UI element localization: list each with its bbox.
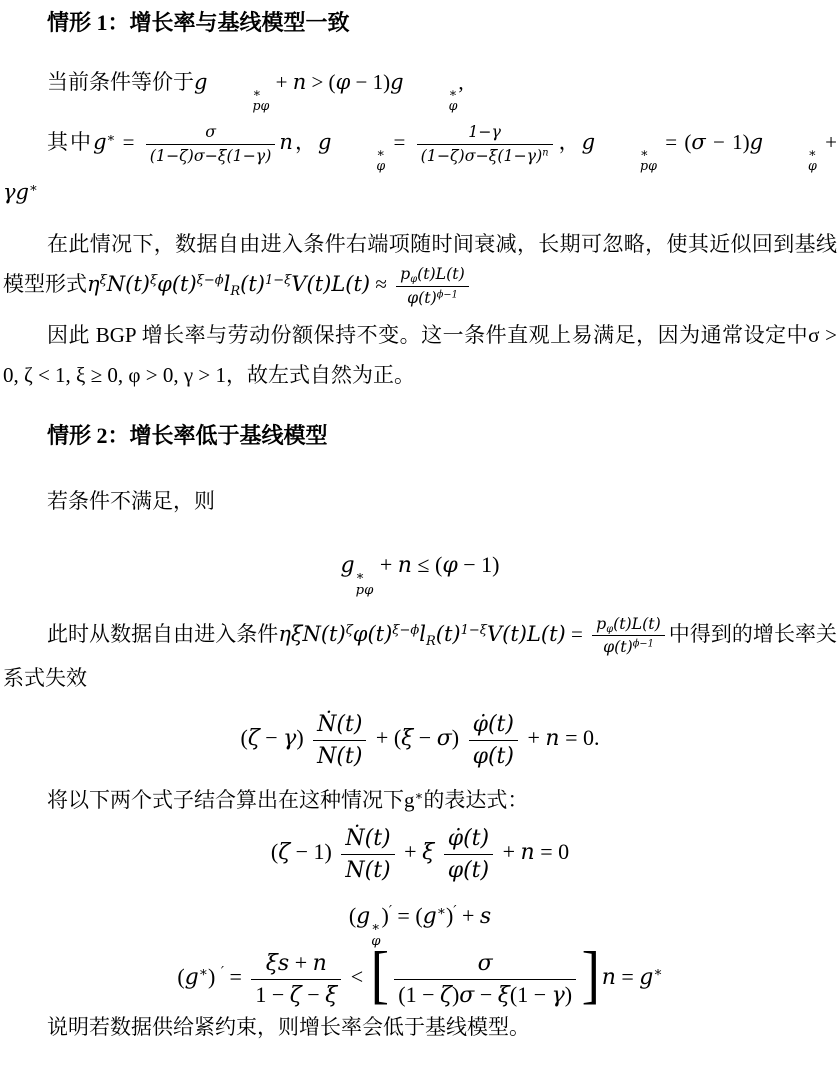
math-run: g — [341, 553, 355, 578]
text-run: = — [386, 130, 412, 154]
math-run: (t)L(t) — [613, 614, 661, 633]
subscript: R — [230, 284, 240, 299]
math-run: p — [596, 614, 606, 633]
heading-case-2: 情形 2：增长率低于基线模型 — [3, 421, 837, 451]
text-run: > ( — [306, 70, 335, 94]
math-run: (1−ζ)σ−ξ(1−γ) — [421, 146, 543, 165]
math-run: (1−ζ)σ−ξ(1−γ) — [150, 146, 272, 165]
numerator: φ̇(t) — [469, 710, 518, 741]
numerator: pφ(t)L(t) — [592, 614, 665, 637]
superscript: ∗ — [199, 965, 208, 981]
math-run: ζ — [248, 726, 260, 751]
math-run: ξ — [498, 983, 510, 1008]
math-run: s — [480, 904, 491, 929]
text-run: = — [566, 622, 588, 646]
text-run: 将以下两个式子结合算出在这种情况下 — [47, 788, 404, 812]
math-run: ξs — [266, 951, 289, 976]
math-run: φ(t) — [157, 272, 197, 296]
math-run: V(t)L(t) — [487, 622, 566, 646]
superscript: ζ — [346, 623, 353, 638]
para-combine-intro: 将以下两个式子结合算出在这种情况下g∗的表达式： — [3, 780, 837, 820]
para-condition-equiv: 当前条件等价于g∗pφ + n > (φ − 1)g∗φ, — [3, 62, 837, 112]
subscript: pφ — [596, 159, 657, 172]
text-run: = — [616, 964, 639, 989]
subscript: R — [426, 634, 436, 649]
math-run: p — [400, 264, 410, 283]
math-run: N(t) — [107, 272, 150, 296]
text-run: + — [399, 839, 422, 864]
fraction: ξs + n1 − ζ − ξ — [251, 949, 341, 1009]
math-run: φ(t) — [603, 637, 633, 656]
math-run: σ — [205, 122, 216, 141]
text-run: 此时从数据自由进入条件 — [47, 622, 278, 646]
text-run: = — [115, 130, 141, 154]
subscript: pφ — [356, 584, 374, 598]
math-run: (t) — [240, 272, 265, 296]
text-run: = ( — [658, 130, 691, 154]
text-run: , — [458, 70, 463, 94]
numerator: ξs + n — [251, 949, 341, 980]
superscript: 1−ξ — [265, 273, 291, 288]
text-run: + — [497, 839, 520, 864]
heading-case-1: 情形 1：增长率与基线模型一致 — [3, 8, 837, 38]
math-run: n — [313, 951, 327, 976]
denominator: φ(t) — [444, 855, 493, 885]
denominator: N(t) — [313, 741, 366, 771]
text-run: ) — [565, 982, 572, 1007]
math-run: n — [398, 553, 412, 578]
math-run: φ — [442, 553, 457, 578]
text-run: ， — [557, 130, 582, 154]
eq-growth-inequality: (g∗) ′ = ξs + n1 − ζ − ξ < [σ(1 − ζ)σ − … — [3, 949, 837, 1009]
text-run: ) — [452, 725, 465, 750]
text-run: − 1) — [706, 130, 750, 154]
math-run: g — [390, 70, 403, 94]
denominator: (1−ζ)σ−ξ(1−γ)n — [417, 145, 553, 167]
sup-sub-stack: ∗pφ — [208, 86, 269, 112]
math-run: (t)L(t) — [417, 264, 465, 283]
eq-growth-relation: (ζ − γ) Ṅ(t)N(t) + (ξ − σ) φ̇(t)φ(t) + n… — [3, 710, 837, 770]
math-run: γ — [283, 726, 296, 751]
fraction: Ṅ(t)N(t) — [341, 824, 394, 884]
para-bgp-conclusion: 因此 BGP 增长率与劳动份额保持不变。这一条件直观上易满足，因为通常设定中σ … — [3, 315, 837, 395]
text-run: − — [413, 725, 436, 750]
text-run: + — [289, 950, 312, 975]
text-run: + — [270, 70, 292, 94]
denominator: (1−ζ)σ−ξ(1−γ) — [146, 145, 276, 167]
math-run: n — [521, 840, 535, 865]
math-run: ηξN(t) — [278, 622, 345, 646]
math-run: N(t) — [317, 744, 362, 769]
text-run: + — [456, 903, 479, 928]
superscript: ∗ — [29, 181, 38, 196]
text-run: = ( — [392, 903, 423, 928]
fraction: σ(1−ζ)σ−ξ(1−γ) — [146, 122, 276, 166]
text-run: + ( — [370, 725, 401, 750]
math-run: g — [423, 904, 437, 929]
math-run: l — [419, 622, 426, 646]
math-run: N(t) — [345, 858, 390, 883]
math-run: ζ — [440, 983, 452, 1008]
text-run: g — [404, 788, 415, 812]
text-run: ， — [293, 130, 318, 154]
denominator: (1 − ζ)σ − ξ(1 − γ) — [394, 980, 576, 1010]
superscript: ∗ — [653, 965, 662, 981]
math-run: φ̇(t) — [448, 826, 489, 851]
math-run: V(t)L(t) — [291, 272, 370, 296]
math-run: n — [293, 70, 307, 94]
math-run: g — [93, 130, 106, 154]
text-run: − 1) — [350, 70, 390, 94]
text-run: (1 − — [510, 982, 552, 1007]
subscript: φ — [405, 99, 458, 112]
text-run: ( — [240, 725, 247, 750]
eq-combined: (ζ − 1) Ṅ(t)N(t) + ξ φ̇(t)φ(t) + n = 0 — [3, 824, 837, 884]
math-run: 1−γ — [468, 122, 501, 141]
fraction: pφ(t)L(t)φ(t)ϕ−1 — [592, 614, 665, 658]
math-run: η — [87, 272, 100, 296]
text-run: − — [474, 982, 497, 1007]
text-run: − 1) — [290, 839, 337, 864]
superscript: ∗ — [356, 570, 365, 584]
fraction: φ̇(t)φ(t) — [469, 710, 518, 770]
subscript: φ — [764, 159, 817, 172]
numerator: Ṅ(t) — [341, 824, 394, 855]
text-run: 1 − — [255, 982, 289, 1007]
math-run: ζ — [290, 983, 302, 1008]
math-run: σ — [478, 951, 493, 976]
math-run: n — [279, 130, 293, 154]
text-run: ≤ ( — [412, 552, 442, 577]
math-run: ξ — [401, 726, 413, 751]
fraction: 1−γ(1−ζ)σ−ξ(1−γ)n — [417, 122, 553, 166]
math-run: g — [318, 130, 331, 154]
math-run: σ — [691, 130, 705, 154]
superscript: ξ−ϕ — [197, 273, 224, 288]
eq-prime-relation: (g∗φ)′ = (g∗)′ + s — [3, 894, 837, 949]
math-run: φ̇(t) — [473, 712, 514, 737]
document-page: 情形 1：增长率与基线模型一致 当前条件等价于g∗pφ + n > (φ − 1… — [0, 0, 840, 1074]
math-run: ζ — [278, 840, 290, 865]
math-run: γ — [552, 983, 565, 1008]
math-run: σ — [437, 726, 452, 751]
text-run: = 0 — [535, 839, 569, 864]
math-run: φ(t) — [353, 622, 393, 646]
denominator: φ(t)ϕ−1 — [592, 636, 665, 658]
denominator: φ(t) — [469, 741, 518, 771]
text-run: ( — [177, 964, 184, 989]
numerator: Ṅ(t) — [313, 710, 366, 741]
math-run: g — [185, 965, 199, 990]
denominator: φ(t)ϕ−1 — [396, 287, 469, 309]
para-free-entry-invalid: 此时从数据自由进入条件ηξN(t)ζφ(t)ξ−ϕlR(t)1−ξV(t)L(t… — [3, 614, 837, 698]
math-run: g — [639, 965, 653, 990]
sup-sub-stack: ∗φ — [332, 146, 385, 172]
text-run: ) — [208, 964, 221, 989]
text-run: + — [374, 552, 397, 577]
subscript: pφ — [208, 99, 269, 112]
subscript: φ — [332, 159, 385, 172]
para-if-violated: 若条件不满足，则 — [3, 481, 837, 521]
text-run: (1 − — [398, 982, 440, 1007]
math-run: g — [750, 130, 763, 154]
sup-sub-stack: ∗pφ — [356, 570, 374, 598]
superscript: ∗ — [437, 904, 446, 920]
text-run: = — [224, 964, 247, 989]
superscript: n — [542, 148, 548, 159]
superscript: ∗ — [371, 921, 380, 935]
math-run: g — [582, 130, 595, 154]
superscript: ξ−ϕ — [392, 623, 419, 638]
sup-sub-stack: ∗pφ — [596, 146, 657, 172]
text-run: − 1) — [458, 552, 500, 577]
text-run: + — [522, 725, 545, 750]
math-run: n — [602, 965, 616, 990]
superscript: ϕ−1 — [437, 290, 458, 301]
denominator: N(t) — [341, 855, 394, 885]
math-run: γg — [3, 180, 29, 204]
superscript: ϕ−1 — [633, 639, 654, 650]
para-free-entry-approx: 在此情况下，数据自由进入条件右端项随时间衰减，长期可忽略，使其近似回到基线模型形… — [3, 224, 837, 308]
numerator: σ — [146, 122, 276, 145]
math-run: φ(t) — [448, 858, 489, 883]
text-run: − — [260, 725, 283, 750]
eq-violated-condition: g∗pφ + n ≤ (φ − 1) — [3, 543, 837, 598]
fraction: σ(1 − ζ)σ − ξ(1 − γ) — [394, 949, 576, 1009]
math-run: φ(t) — [473, 744, 514, 769]
text-run: + — [818, 130, 837, 154]
para-conclusion: 说明若数据供给紧约束，则增长率会低于基线模型。 — [3, 1011, 837, 1043]
math-run: Ṅ(t) — [317, 712, 362, 737]
sup-sub-stack: ∗φ — [764, 146, 817, 172]
text-run: = 0. — [560, 725, 600, 750]
math-run: g — [356, 904, 370, 929]
math-run: φ — [336, 70, 351, 94]
text-run: ) — [382, 903, 389, 928]
text-run: 当前条件等价于 — [47, 70, 194, 94]
numerator: σ — [394, 949, 576, 980]
math-run: ξ — [422, 840, 434, 865]
superscript: ξ — [100, 273, 107, 288]
para-definitions: 其中g∗ = σ(1−ζ)σ−ξ(1−γ)n，g∗φ = 1−γ(1−ζ)σ−ξ… — [3, 122, 837, 212]
math-run: φ(t) — [407, 288, 437, 307]
math-run: ξ — [325, 983, 337, 1008]
text-run: − — [302, 982, 325, 1007]
text-run: 其中 — [47, 130, 93, 154]
text-run: < — [345, 964, 368, 989]
math-run: (t) — [436, 622, 461, 646]
fraction: Ṅ(t)N(t) — [313, 710, 366, 770]
numerator: pφ(t)L(t) — [396, 264, 469, 287]
numerator: φ̇(t) — [444, 824, 493, 855]
denominator: 1 − ζ − ξ — [251, 980, 341, 1010]
superscript: 1−ξ — [461, 623, 487, 638]
fraction: pφ(t)L(t)φ(t)ϕ−1 — [396, 264, 469, 308]
text-run: ≈ — [370, 272, 392, 296]
math-run: σ — [459, 983, 474, 1008]
math-run: g — [194, 70, 207, 94]
math-run: Ṅ(t) — [345, 826, 390, 851]
numerator: 1−γ — [417, 122, 553, 145]
fraction: φ̇(t)φ(t) — [444, 824, 493, 884]
sup-sub-stack: ∗φ — [405, 86, 458, 112]
text-run: ) — [296, 725, 309, 750]
math-run: n — [545, 726, 559, 751]
text-run: 的表达式： — [423, 788, 528, 812]
text-run — [434, 839, 440, 864]
